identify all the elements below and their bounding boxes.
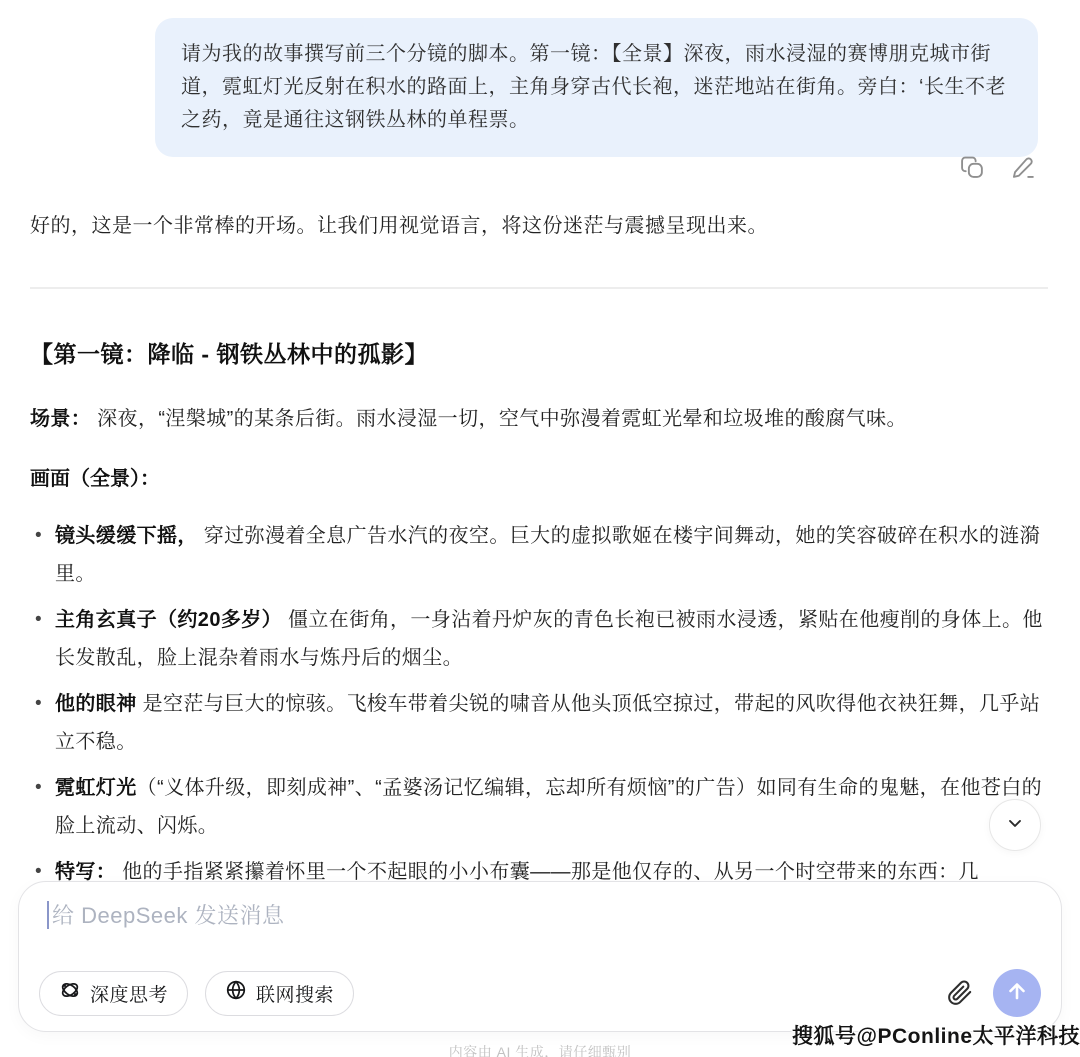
web-search-label: 联网搜索 xyxy=(256,980,334,1007)
section-divider xyxy=(30,287,1048,289)
scene-text: 深夜，“涅槃城”的某条后街。雨水浸湿一切，空气中弥漫着霓虹光晕和垃圾堆的酸腐气味… xyxy=(91,408,907,430)
shot-detail-list: 镜头缓缓下摇， 穿过弥漫着全息广告水汽的夜空。巨大的虚拟歌姬在楼宇间舞动，她的笑… xyxy=(30,517,1048,891)
paperclip-icon[interactable] xyxy=(947,980,973,1006)
message-input[interactable]: 给 DeepSeek 发送消息 xyxy=(47,899,1033,930)
deep-think-button[interactable]: 深度思考 xyxy=(39,971,188,1016)
bullet-text: 穿过弥漫着全息广告水汽的夜空。巨大的虚拟歌姬在楼宇间舞动，她的笑容破碎在积水的涟… xyxy=(55,525,1040,585)
globe-icon xyxy=(225,979,247,1007)
frame-label: 画面（全景）： xyxy=(30,462,1048,491)
scroll-to-bottom-button[interactable] xyxy=(989,799,1041,851)
list-item: 主角玄真子（约20多岁） 僵立在街角，一身沾着丹炉灰的青色长袍已被雨水浸透，紧贴… xyxy=(30,601,1048,677)
bullet-lead: 特写： xyxy=(55,861,116,883)
copy-icon[interactable] xyxy=(960,155,985,180)
chevron-down-icon xyxy=(1005,813,1025,838)
text-caret xyxy=(47,901,49,929)
input-placeholder: 给 DeepSeek 发送消息 xyxy=(52,899,284,930)
message-composer: 给 DeepSeek 发送消息 深度思考 xyxy=(18,881,1062,1032)
web-search-button[interactable]: 联网搜索 xyxy=(205,971,354,1016)
edit-pencil-icon[interactable] xyxy=(1011,155,1036,180)
assistant-intro: 好的，这是一个非常棒的开场。让我们用视觉语言，将这份迷茫与震撼呈现出来。 xyxy=(30,211,1048,241)
bullet-lead: 主角玄真子（约20多岁） xyxy=(55,609,282,631)
bullet-text: 他的手指紧紧攥着怀里一个不起眼的小小布囊——那是他仅存的、从另一个时空带来的东西… xyxy=(116,861,979,883)
assistant-response: 好的，这是一个非常棒的开场。让我们用视觉语言，将这份迷茫与震撼呈现出来。 【第一… xyxy=(30,211,1048,899)
arrow-up-icon xyxy=(1005,979,1029,1008)
list-item: 镜头缓缓下摇， 穿过弥漫着全息广告水汽的夜空。巨大的虚拟歌姬在楼宇间舞动，她的笑… xyxy=(30,517,1048,593)
bullet-text: （“义体升级，即刻成神”、“孟婆汤记忆编辑，忘却所有烦恼”的广告）如同有生命的鬼… xyxy=(55,777,1042,837)
shot-heading: 【第一镜：降临 - 钢铁丛林中的孤影】 xyxy=(30,336,1048,369)
bullet-text: 是空茫与巨大的惊骇。飞梭车带着尖锐的啸音从他头顶低空掠过，带起的风吹得他衣袂狂舞… xyxy=(55,693,1040,753)
chat-page: 请为我的故事撰写前三个分镜的脚本。第一镜：【全景】深夜，雨水浸湿的赛博朋克城市街… xyxy=(0,0,1080,1057)
send-button[interactable] xyxy=(993,969,1041,1017)
user-message-bubble: 请为我的故事撰写前三个分镜的脚本。第一镜：【全景】深夜，雨水浸湿的赛博朋克城市街… xyxy=(155,18,1038,157)
message-actions xyxy=(960,155,1036,180)
scene-paragraph: 场景： 深夜，“涅槃城”的某条后街。雨水浸湿一切，空气中弥漫着霓虹光晕和垃圾堆的… xyxy=(30,404,1048,435)
list-item: 霓虹灯光（“义体升级，即刻成神”、“孟婆汤记忆编辑，忘却所有烦恼”的广告）如同有… xyxy=(30,769,1048,845)
ai-disclaimer: 内容由 AI 生成，请仔细甄别 xyxy=(449,1042,632,1057)
watermark: 搜狐号@PConline太平洋科技 xyxy=(792,1020,1080,1050)
scene-label: 场景： xyxy=(30,408,91,430)
atom-icon xyxy=(59,979,81,1007)
bullet-lead: 霓虹灯光 xyxy=(55,777,137,799)
list-item: 他的眼神 是空茫与巨大的惊骇。飞梭车带着尖锐的啸音从他头顶低空掠过，带起的风吹得… xyxy=(30,685,1048,761)
bullet-lead: 镜头缓缓下摇， xyxy=(55,525,198,547)
deep-think-label: 深度思考 xyxy=(90,980,168,1007)
bullet-lead: 他的眼神 xyxy=(55,693,137,715)
composer-toolbar: 深度思考 联网搜索 xyxy=(39,969,1041,1017)
user-message-text: 请为我的故事撰写前三个分镜的脚本。第一镜：【全景】深夜，雨水浸湿的赛博朋克城市街… xyxy=(181,43,1006,131)
composer-right-actions xyxy=(947,969,1041,1017)
